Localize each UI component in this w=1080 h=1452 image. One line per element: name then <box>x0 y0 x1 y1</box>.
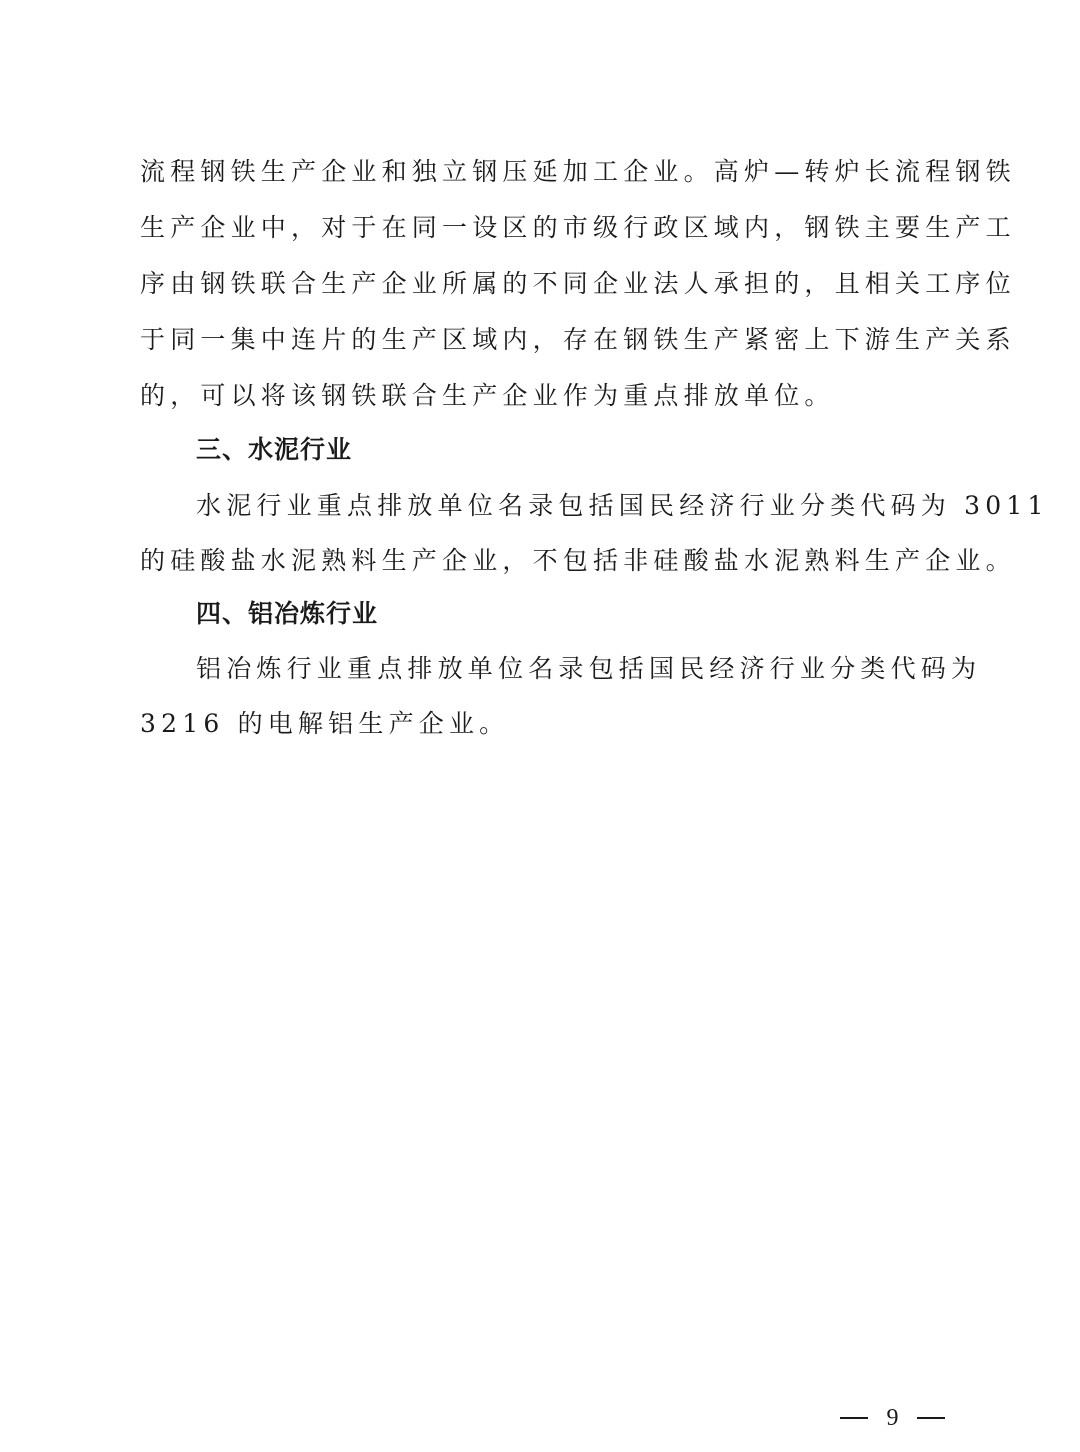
page-number-value: 9 <box>887 1404 899 1432</box>
body-text-line: 生产企业中，对于在同一设区的市级行政区域内，钢铁主要生产工 <box>140 212 940 244</box>
body-text-line: 流程钢铁生产企业和独立钢压延加工企业。高炉—转炉长流程钢铁 <box>140 156 940 188</box>
document-page: 流程钢铁生产企业和独立钢压延加工企业。高炉—转炉长流程钢铁 生产企业中，对于在同… <box>0 0 1080 1452</box>
page-number: 9 <box>840 1404 945 1432</box>
body-text-line: 的，可以将该钢铁联合生产企业作为重点排放单位。 <box>140 380 940 412</box>
body-text-line: 的硅酸盐水泥熟料生产企业，不包括非硅酸盐水泥熟料生产企业。 <box>140 545 940 577</box>
section-heading-cement: 三、水泥行业 <box>196 434 352 466</box>
body-text-line: 于同一集中连片的生产区域内，存在钢铁生产紧密上下游生产关系 <box>140 324 940 356</box>
dash-right <box>917 1417 945 1419</box>
dash-left <box>840 1417 868 1419</box>
body-text-line: 3216 的电解铝生产企业。 <box>140 708 940 740</box>
body-text-line: 序由钢铁联合生产企业所属的不同企业法人承担的，且相关工序位 <box>140 268 940 300</box>
body-text-line: 水泥行业重点排放单位名录包括国民经济行业分类代码为 3011 <box>196 490 940 522</box>
body-text-line: 铝冶炼行业重点排放单位名录包括国民经济行业分类代码为 <box>196 653 940 685</box>
section-heading-aluminum: 四、铝冶炼行业 <box>196 598 378 630</box>
